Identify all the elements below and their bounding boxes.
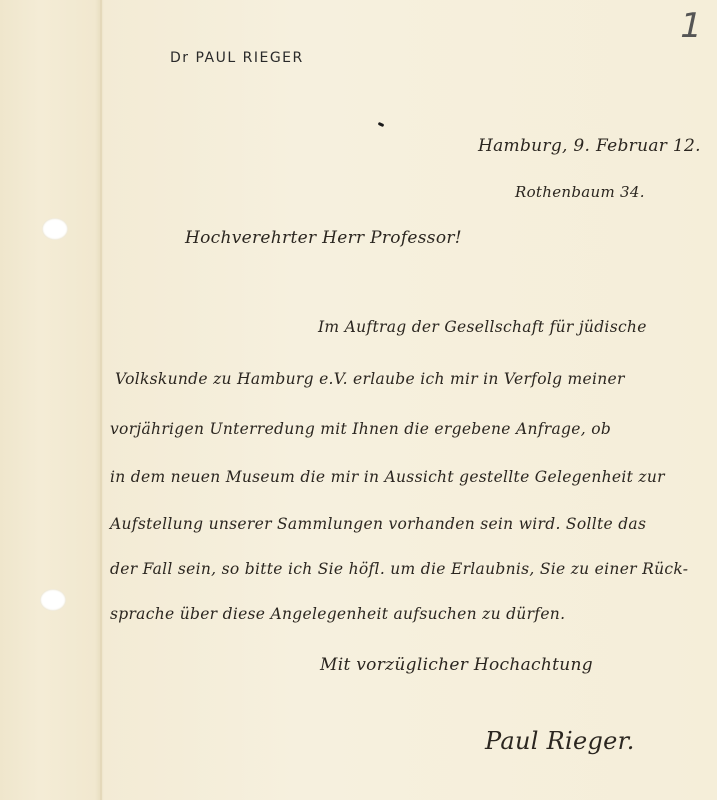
salutation: Hochverehrter Herr Professor! (185, 228, 462, 248)
paper-fold-line (100, 0, 102, 800)
body-line: vorjährigen Unterredung mit Ihnen die er… (110, 420, 611, 438)
body-line: Im Auftrag der Gesellschaft für jüdische (318, 318, 647, 336)
place-date: Hamburg, 9. Februar 12. (478, 136, 701, 156)
letterhead-prefix: Dr (170, 50, 190, 66)
letterhead: Dr PAUL RIEGER (170, 50, 304, 66)
punch-hole-top (42, 218, 68, 240)
letterhead-name: PAUL RIEGER (196, 50, 304, 66)
signature: Paul Rieger. (485, 727, 635, 755)
body-line: Volkskunde zu Hamburg e.V. erlaube ich m… (115, 370, 625, 388)
body-line: Aufstellung unserer Sammlungen vorhanden… (110, 515, 646, 533)
body-line: sprache über diese Angelegenheit aufsuch… (110, 605, 565, 623)
street-address: Rothenbaum 34. (515, 183, 645, 201)
body-line: der Fall sein, so bitte ich Sie höfl. um… (110, 560, 688, 578)
closing: Mit vorzüglicher Hochachtung (320, 655, 593, 675)
body-line: in dem neuen Museum die mir in Aussicht … (110, 468, 665, 486)
punch-hole-bottom (40, 589, 66, 611)
paper-background (0, 0, 717, 800)
